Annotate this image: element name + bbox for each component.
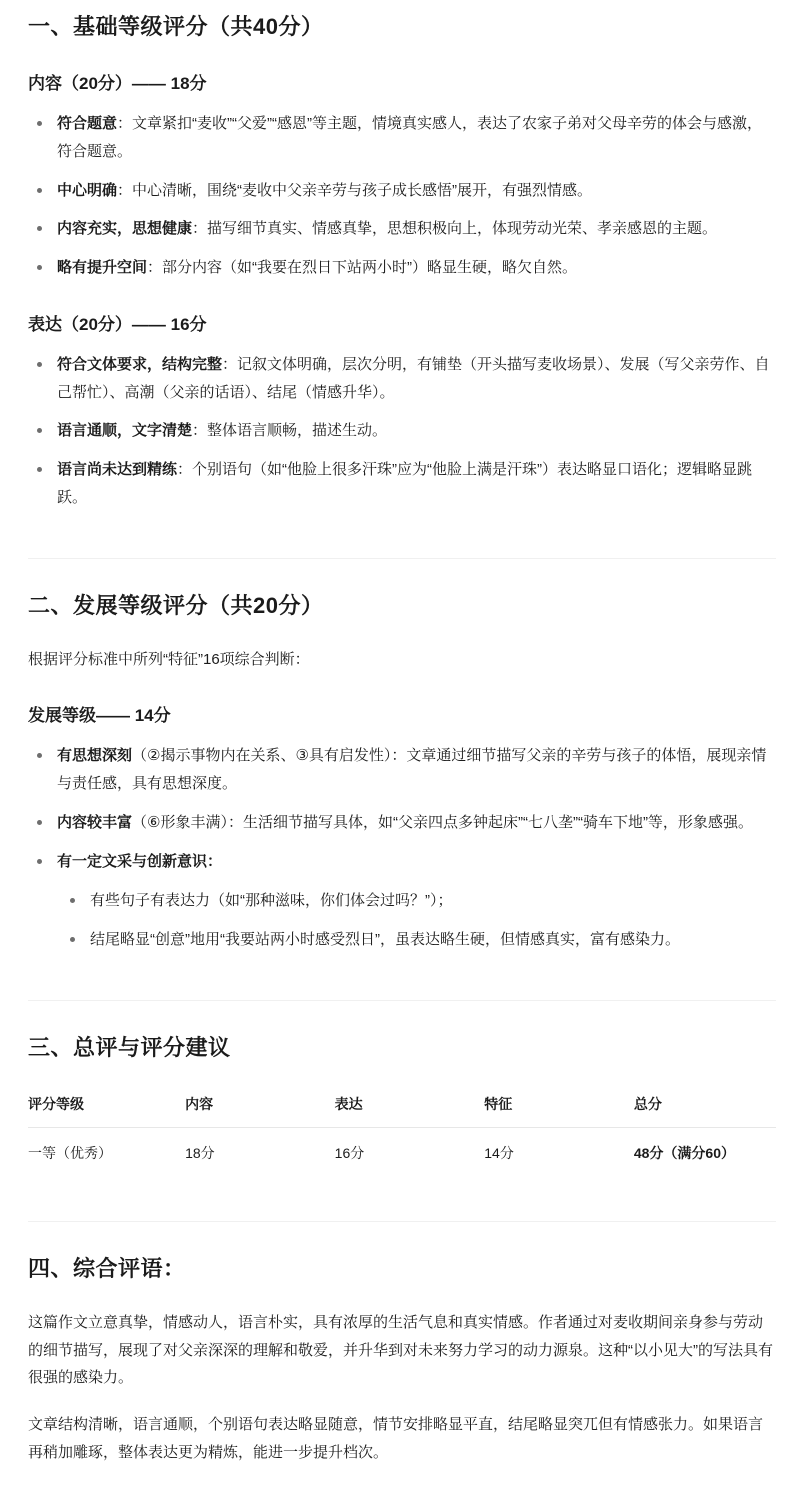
item-label: 内容充实，思想健康 xyxy=(57,220,192,237)
cell-total-score: 48分（满分60） xyxy=(634,1127,776,1175)
section1-title: 一、基础等级评分（共40分） xyxy=(28,10,776,41)
item-label: 语言尚未达到精练 xyxy=(57,461,177,478)
section-divider xyxy=(28,1000,776,1001)
section4-title: 四、综合评语： xyxy=(28,1252,776,1283)
list-item: 符合题意：文章紧扣“麦收”“父爱”“感恩”等主题，情境真实感人，表达了农家子弟对… xyxy=(28,110,776,166)
table-row: 一等（优秀） 18分 16分 14分 48分（满分60） xyxy=(28,1127,776,1175)
item-label: 有一定文采与创新意识： xyxy=(57,853,222,870)
list-item: 有一定文采与创新意识： 有些句子有表达力（如“那种滋味，你们体会过吗？”）； 结… xyxy=(28,848,776,954)
header-feature: 特征 xyxy=(484,1088,634,1128)
table-header-row: 评分等级 内容 表达 特征 总分 xyxy=(28,1088,776,1128)
section2-title: 二、发展等级评分（共20分） xyxy=(28,589,776,620)
section-divider xyxy=(28,558,776,559)
item-label: 语言通顺，文字清楚 xyxy=(57,422,192,439)
header-content: 内容 xyxy=(185,1088,335,1128)
header-expression: 表达 xyxy=(335,1088,485,1128)
cell-feature-score: 14分 xyxy=(484,1127,634,1175)
cell-expression-score: 16分 xyxy=(335,1127,485,1175)
section-divider xyxy=(28,1221,776,1222)
cell-content-score: 18分 xyxy=(185,1127,335,1175)
development-score-heading: 发展等级—— 14分 xyxy=(28,701,776,726)
item-text: （⑥形象丰满）：生活细节描写具体，如“父亲四点多钟起床”“七八垄”“骑车下地”等… xyxy=(132,814,753,831)
item-text: ：文章紧扣“麦收”“父爱”“感恩”等主题，情境真实感人，表达了农家子弟对父母辛劳… xyxy=(57,115,762,160)
item-label: 有思想深刻 xyxy=(57,747,132,764)
sub-list-item: 结尾略显“创意”地用“我要站两小时感受烈日”，虽表达略生硬，但情感真实，富有感染… xyxy=(61,926,776,954)
list-item: 语言通顺，文字清楚：整体语言顺畅，描述生动。 xyxy=(28,417,776,445)
content-score-list: 符合题意：文章紧扣“麦收”“父爱”“感恩”等主题，情境真实感人，表达了农家子弟对… xyxy=(28,110,776,282)
sub-list-item: 有些句子有表达力（如“那种滋味，你们体会过吗？”）； xyxy=(61,887,776,915)
list-item: 中心明确：中心清晰，围绕“麦收中父亲辛劳与孩子成长感悟”展开，有强烈情感。 xyxy=(28,177,776,205)
section3-title: 三、总评与评分建议 xyxy=(28,1031,776,1062)
item-text: ：中心清晰，围绕“麦收中父亲辛劳与孩子成长感悟”展开，有强烈情感。 xyxy=(117,182,592,199)
item-label: 符合文体要求，结构完整 xyxy=(57,356,222,373)
content-score-heading: 内容（20分）—— 18分 xyxy=(28,69,776,94)
development-score-list: 有思想深刻（②揭示事物内在关系、③具有启发性）：文章通过细节描写父亲的辛劳与孩子… xyxy=(28,742,776,954)
header-total: 总分 xyxy=(634,1088,776,1128)
list-item: 有思想深刻（②揭示事物内在关系、③具有启发性）：文章通过细节描写父亲的辛劳与孩子… xyxy=(28,742,776,798)
item-text: ：整体语言顺畅，描述生动。 xyxy=(192,422,387,439)
list-item: 内容较丰富（⑥形象丰满）：生活细节描写具体，如“父亲四点多钟起床”“七八垄”“骑… xyxy=(28,809,776,837)
item-text: ：描写细节真实、情感真挚，思想积极向上，体现劳动光荣、孝亲感恩的主题。 xyxy=(192,220,717,237)
header-grade: 评分等级 xyxy=(28,1088,185,1128)
section2-intro: 根据评分标准中所列“特征”16项综合判断： xyxy=(28,646,776,674)
item-label: 符合题意 xyxy=(57,115,117,132)
item-text: （②揭示事物内在关系、③具有启发性）：文章通过细节描写父亲的辛劳与孩子的体悟，展… xyxy=(57,747,766,792)
item-label: 中心明确 xyxy=(57,182,117,199)
overall-comment-paragraph: 这篇作文立意真挚，情感动人，语言朴实，具有浓厚的生活气息和真实情感。作者通过对麦… xyxy=(28,1309,776,1392)
score-summary-table: 评分等级 内容 表达 特征 总分 一等（优秀） 18分 16分 14分 48分（… xyxy=(28,1088,776,1175)
item-label: 略有提升空间 xyxy=(57,259,147,276)
list-item: 语言尚未达到精练：个别语句（如“他脸上很多汗珠”应为“他脸上满是汗珠”）表达略显… xyxy=(28,456,776,512)
item-label: 内容较丰富 xyxy=(57,814,132,831)
list-item: 内容充实，思想健康：描写细节真实、情感真挚，思想积极向上，体现劳动光荣、孝亲感恩… xyxy=(28,215,776,243)
expression-score-list: 符合文体要求，结构完整：记叙文体明确，层次分明，有铺垫（开头描写麦收场景）、发展… xyxy=(28,351,776,512)
expression-score-heading: 表达（20分）—— 16分 xyxy=(28,310,776,335)
item-text: ：部分内容（如“我要在烈日下站两小时”）略显生硬，略欠自然。 xyxy=(147,259,577,276)
overall-comment-paragraph: 文章结构清晰，语言通顺，个别语句表达略显随意，情节安排略显平直，结尾略显突兀但有… xyxy=(28,1411,776,1467)
document-page: 一、基础等级评分（共40分） 内容（20分）—— 18分 符合题意：文章紧扣“麦… xyxy=(0,0,804,1491)
list-item: 略有提升空间：部分内容（如“我要在烈日下站两小时”）略显生硬，略欠自然。 xyxy=(28,254,776,282)
development-sub-list: 有些句子有表达力（如“那种滋味，你们体会过吗？”）； 结尾略显“创意”地用“我要… xyxy=(61,887,776,954)
cell-grade: 一等（优秀） xyxy=(28,1127,185,1175)
list-item: 符合文体要求，结构完整：记叙文体明确，层次分明，有铺垫（开头描写麦收场景）、发展… xyxy=(28,351,776,407)
